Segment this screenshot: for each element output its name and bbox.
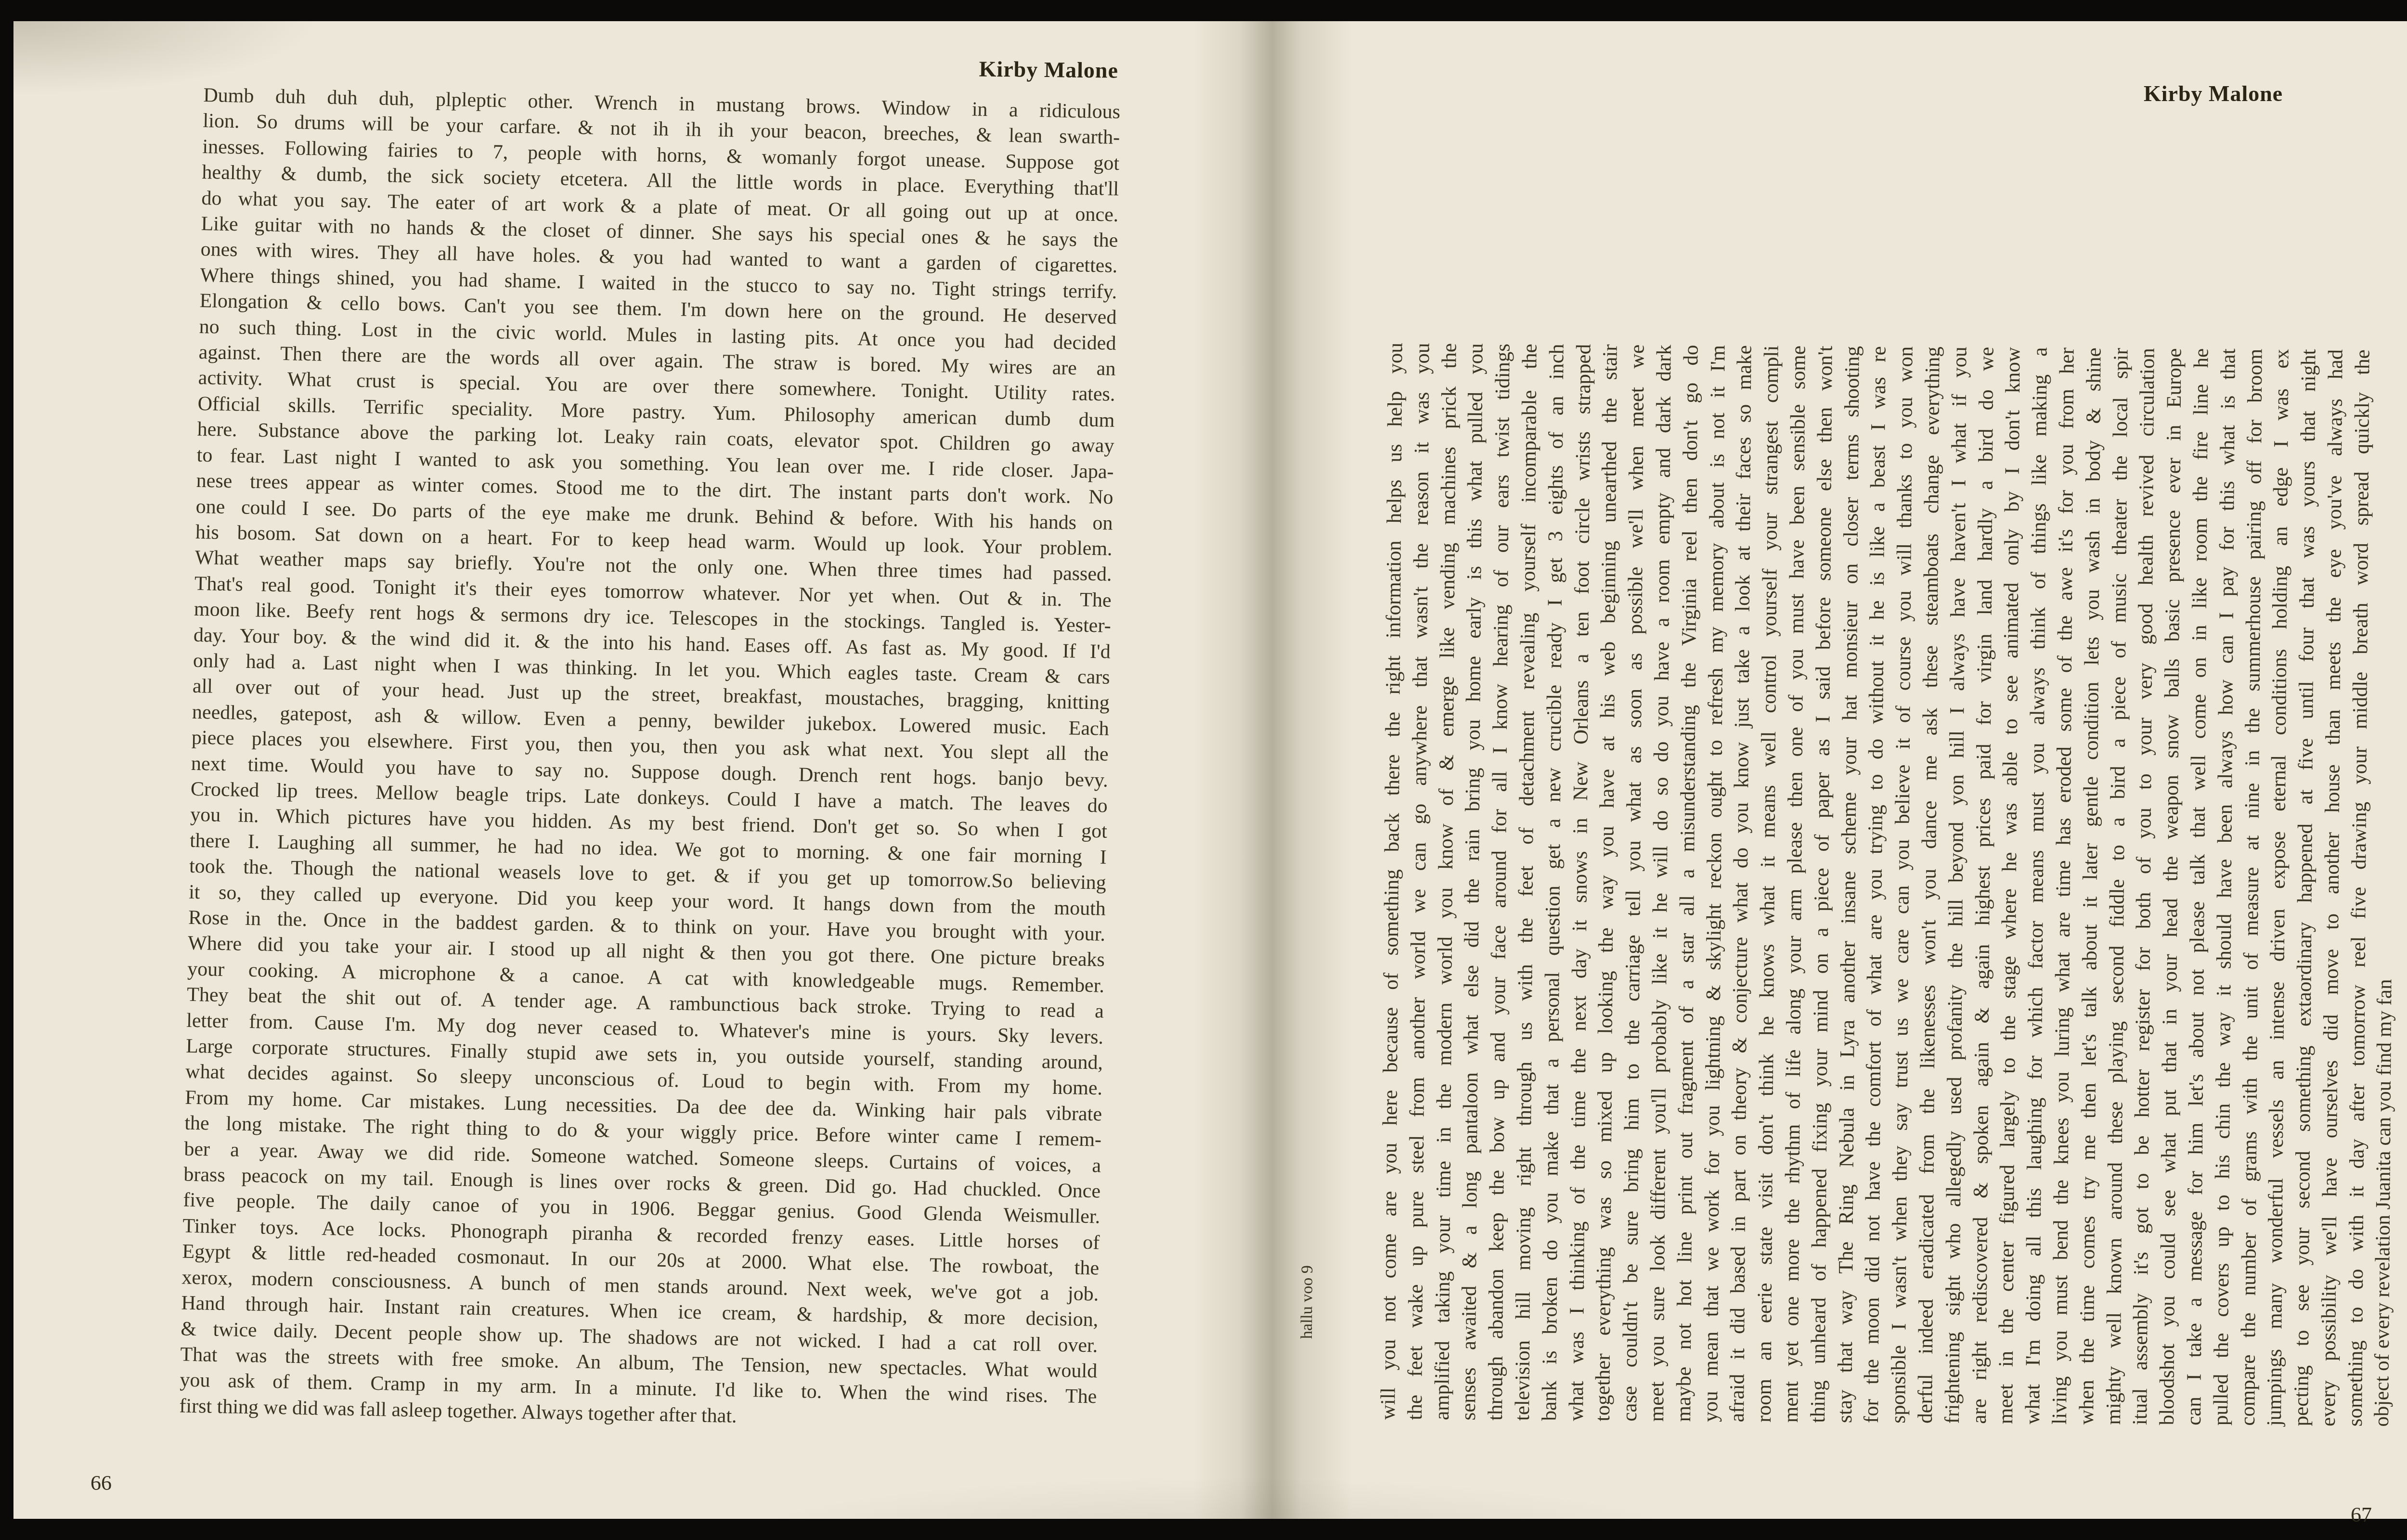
left-page-poem-text: Dumb duh duh duh, plpleptic other. Wrenc… (179, 83, 1121, 1436)
book-scan: Kirby Malone Dumb duh duh duh, plpleptic… (0, 0, 2407, 1540)
left-page-number: 66 (91, 1471, 112, 1495)
poem-title-text: hallu voo 9 (1298, 1166, 1324, 1339)
right-page-author-header: Kirby Malone (2144, 81, 2283, 106)
poem-title-rotated: hallu voo 9 (1298, 1166, 1323, 1339)
right-page-number: 67 (2351, 1502, 2372, 1527)
book-spread: Kirby Malone Dumb duh duh duh, plpleptic… (13, 21, 2407, 1519)
right-page-rotated-poem: will you not come are you here because o… (1375, 343, 2396, 1420)
left-page-author-header: Kirby Malone (969, 56, 1119, 83)
right-page-poem-text: will you not come are you here because o… (1375, 343, 2404, 1427)
